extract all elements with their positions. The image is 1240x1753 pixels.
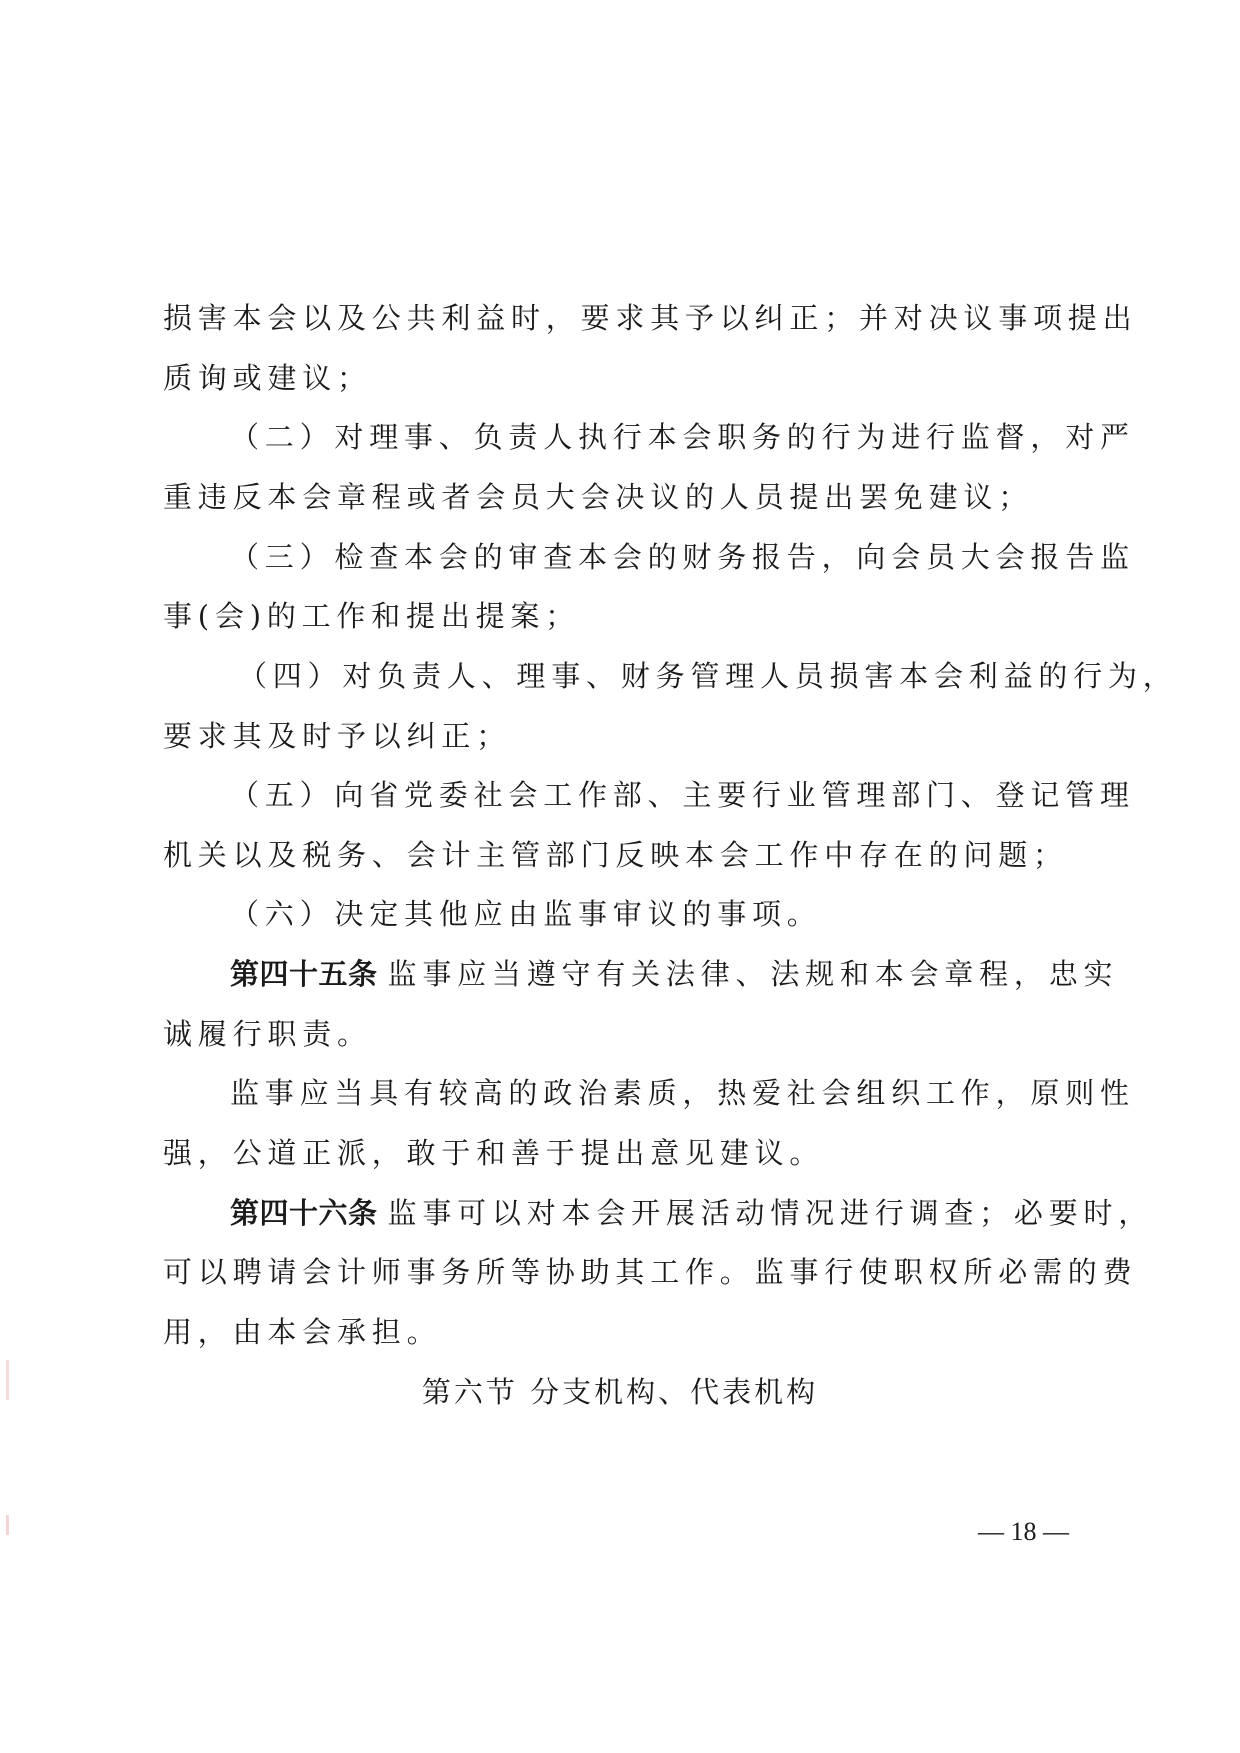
page-number: — 18 — [978, 1517, 1069, 1547]
article-45-line-2: 诚履行职责。 [163, 1014, 1093, 1054]
article-45-text: 监事应当遵守有关法律、法规和本会章程，忠实 [388, 957, 1119, 991]
article-45-para-2-line-2: 强，公道正派，敢于和善于提出意见建议。 [163, 1133, 1093, 1173]
text-line: 机关以及税务、会计主管部门反映本会工作中存在的问题； [163, 835, 1093, 875]
scan-artifact [6, 1515, 9, 1535]
article-46-line-1: 第四十六条监事可以对本会开展活动情况进行调查；必要时， [230, 1193, 1093, 1233]
article-46-text: 监事可以对本会开展活动情况进行调查；必要时， [388, 1196, 1154, 1230]
item-4: （四）对负责人、理事、财务管理人员损害本会利益的行为， [238, 656, 1101, 696]
item-3: （三）检查本会的审查本会的财务报告，向会员大会报告监 [230, 537, 1093, 577]
text-line: 重违反本会章程或者会员大会决议的人员提出罢免建议； [163, 477, 1093, 517]
article-46-label: 第四十六条 [230, 1196, 378, 1230]
item-2: （二）对理事、负责人执行本会职务的行为进行监督，对严 [230, 417, 1093, 457]
article-45-line-1: 第四十五条监事应当遵守有关法律、法规和本会章程，忠实 [230, 954, 1093, 994]
text-line: 事(会)的工作和提出提案； [163, 596, 1093, 636]
section-heading: 第六节 分支机构、代表机构 [0, 1372, 1240, 1412]
scan-artifact [6, 1360, 9, 1400]
text-line: 质询或建议； [163, 358, 1093, 398]
item-5: （五）向省党委社会工作部、主要行业管理部门、登记管理 [230, 775, 1093, 815]
article-45-para-2-line-1: 监事应当具有较高的政治素质，热爱社会组织工作，原则性 [230, 1073, 1093, 1113]
item-6: （六）决定其他应由监事审议的事项。 [230, 894, 1093, 934]
article-46-line-3: 用，由本会承担。 [163, 1312, 1093, 1352]
text-line: 损害本会以及公共利益时，要求其予以纠正；并对决议事项提出 [163, 298, 1093, 338]
article-45-label: 第四十五条 [230, 957, 378, 991]
article-46-line-2: 可以聘请会计师事务所等协助其工作。监事行使职权所必需的费 [163, 1252, 1093, 1292]
text-line: 要求其及时予以纠正； [163, 716, 1093, 756]
